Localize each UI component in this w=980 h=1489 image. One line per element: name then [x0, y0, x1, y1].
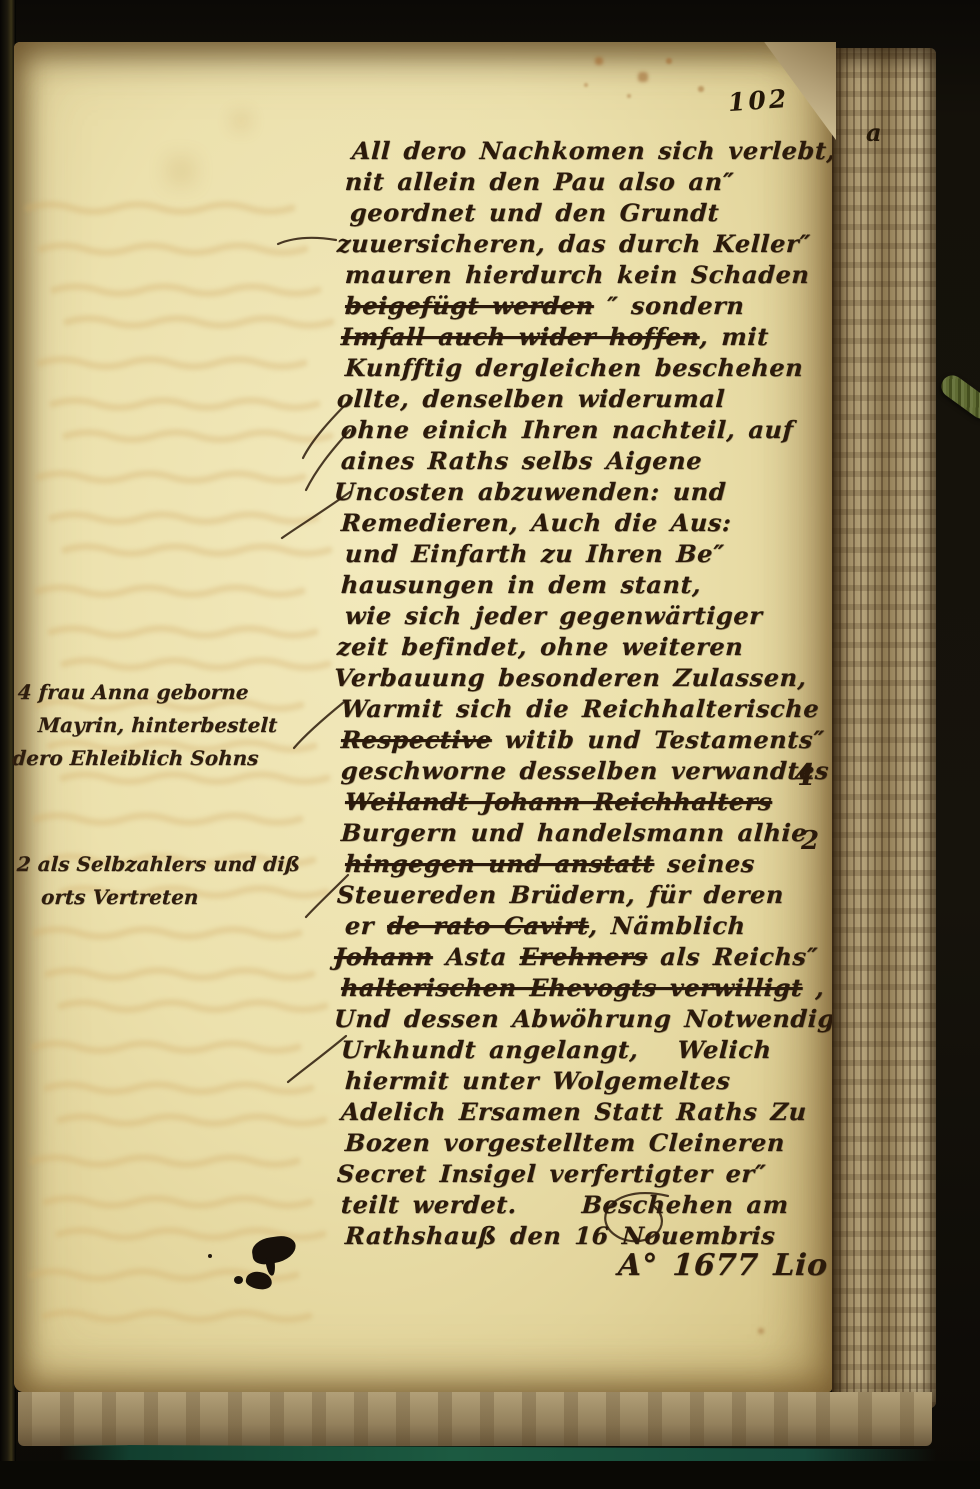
margin-numeral: 4: [794, 758, 815, 793]
manuscript-line: wie sich jeder gegenwärtiger: [344, 601, 763, 630]
manuscript-line: halterischen Ehevogts verwilligt ,: [340, 973, 825, 1002]
bottom-page-edges: [18, 1392, 932, 1446]
manuscript-line: Remedieren, Auch die Aus:: [340, 508, 732, 537]
page-number: 102: [727, 84, 790, 117]
manuscript-line: Urkhundt angelangt, Welich: [340, 1035, 772, 1064]
manuscript-line: Uncosten abzuwenden: und: [333, 477, 727, 506]
manuscript-line: Kunfftig dergleichen beschehen: [344, 353, 804, 382]
manuscript-photo: 102 All dero Nachkomen sich verlebt,nit …: [0, 0, 980, 1489]
manuscript-line: Adelich Ersamen Statt Raths Zu: [340, 1097, 807, 1126]
manuscript-line: beigefügt werden ″ sondern: [344, 291, 745, 320]
bottom-shadow: [0, 1461, 980, 1489]
manuscript-line: und Einfarth zu Ihren Be″: [344, 539, 725, 568]
manuscript-line: Imfall auch wider hoffen, mit: [340, 322, 769, 351]
manuscript-line: Verbauung besonderen Zulassen,: [333, 663, 807, 692]
manuscript-line: Weilandt Johann Reichhalters: [344, 787, 773, 816]
manuscript-line: geschworne desselben verwandtes: [340, 756, 830, 785]
ink-blot: [208, 1254, 212, 1258]
book-fore-edge: a: [832, 48, 936, 1408]
margin-note: 2 als Selbzahlers und dißorts Vertreten: [14, 848, 301, 914]
manuscript-line: mauren hierdurch kein Schaden: [344, 260, 810, 289]
manuscript-line: teilt werdet. Beschehen am: [340, 1190, 789, 1219]
fore-edge-letter: a: [866, 118, 882, 147]
manuscript-line: hingegen und anstatt seines: [344, 849, 755, 878]
manuscript-line: nit allein den Pau also an″: [344, 167, 735, 196]
manuscript-line: hausungen in dem stant,: [340, 570, 702, 599]
manuscript-line: Johann Asta Erehners als Reichs″: [333, 942, 819, 971]
manuscript-line: ollte, denselben widerumal: [336, 384, 726, 413]
manuscript-line: hiermit unter Wolgemeltes: [344, 1066, 731, 1095]
manuscript-line: Steuereden Brüdern, für deren: [336, 880, 785, 909]
manuscript-line: Bozen vorgestelltem Cleineren: [344, 1128, 785, 1157]
manuscript-line: aines Raths selbs Aigene: [340, 446, 703, 475]
manuscript-line: A° 1677 Lio: [617, 1248, 829, 1283]
manuscript-line: Respective witib und Testaments″: [340, 725, 825, 754]
manuscript-line: er de rato Cavirt, Nämblich: [344, 911, 746, 940]
manuscript-line: Warmit sich die Reichhalterische: [340, 694, 820, 723]
manuscript-line: Rathshauß den 16 Nouembris: [344, 1221, 776, 1250]
margin-note: 4 frau Anna geborneMayrin, hinterbestelt…: [13, 676, 279, 775]
manuscript-line: zeit befindet, ohne weiteren: [336, 632, 744, 661]
margin-numeral: 2: [801, 826, 819, 856]
ink-blot: [234, 1276, 243, 1284]
manuscript-line: Secret Insigel verfertigter er″: [336, 1159, 767, 1188]
manuscript-line: Und dessen Abwöhrung Notwendig: [333, 1004, 835, 1033]
manuscript-line: zuuersicheren, das durch Keller″: [336, 229, 811, 258]
manuscript-line: ohne einich Ihren nachteil, auf: [340, 415, 794, 444]
manuscript-line: All dero Nachkomen sich verlebt,: [351, 136, 836, 165]
manuscript-line: Burgern und handelsmann alhie: [340, 818, 808, 847]
manuscript-line: geordnet und den Grundt: [349, 198, 720, 227]
